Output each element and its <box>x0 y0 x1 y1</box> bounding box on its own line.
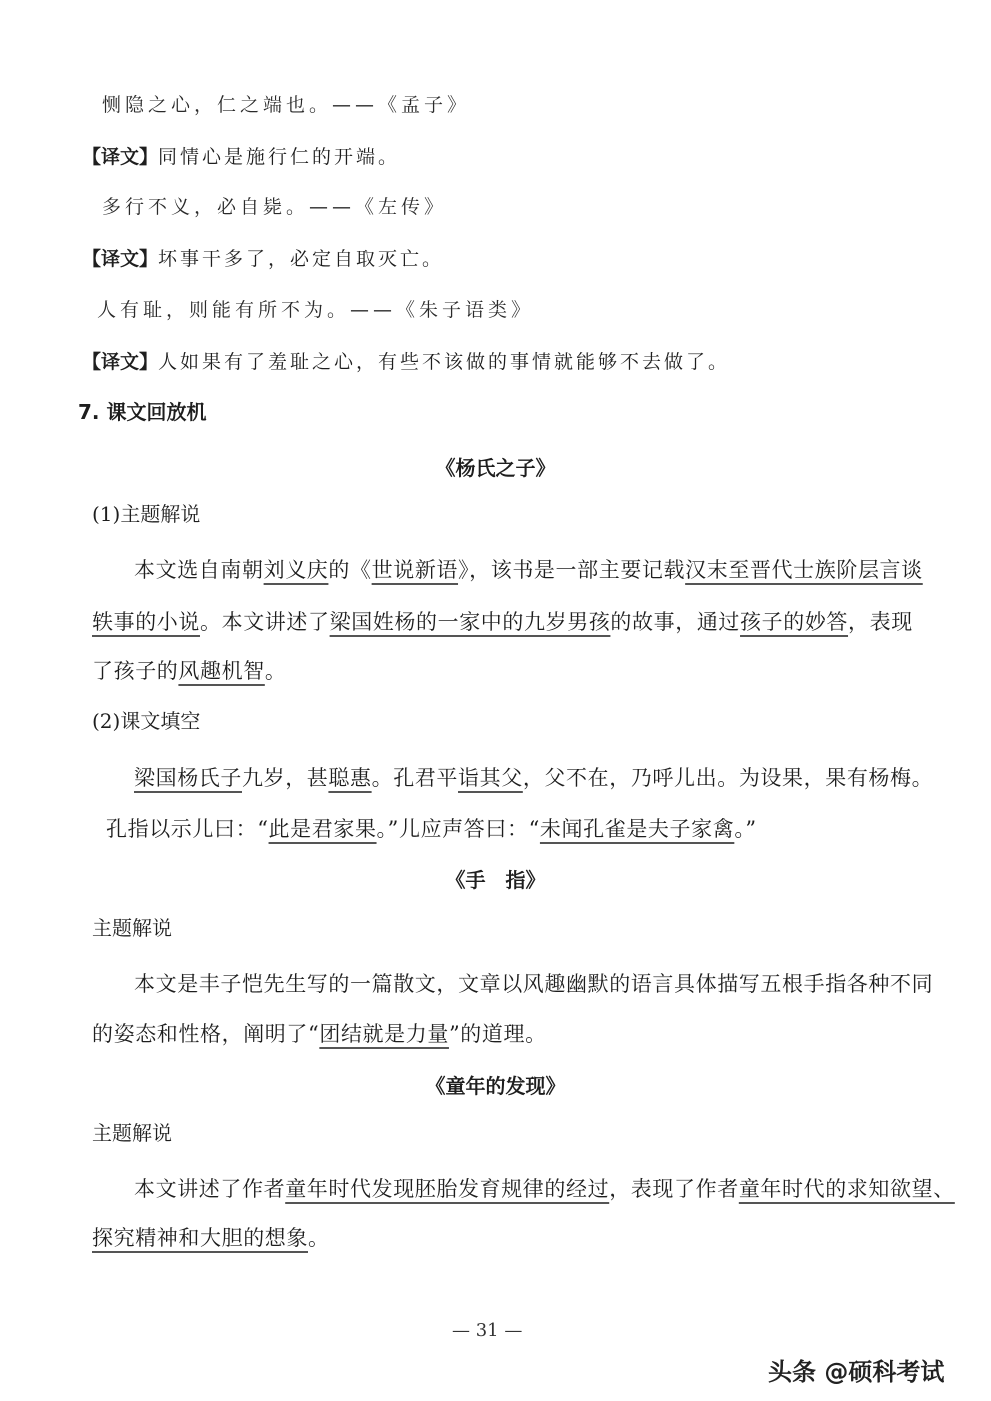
text-segment: 。 <box>265 659 287 683</box>
quote-source: ——《孟子》 <box>332 94 470 116</box>
underlined-answer: 诣其父 <box>458 766 523 790</box>
underlined-answer: 童年时代发现胚胎发育规律的经过 <box>285 1177 609 1201</box>
underlined-answer: 风趣机智 <box>178 659 264 683</box>
translation-text: 同情心是施行仁的开端。 <box>158 146 400 168</box>
page-number: — 31 — <box>452 1320 522 1341</box>
underlined-answer: 童年时代的求知欲望、 <box>739 1177 955 1201</box>
translation-3: 【译文】人如果有了羞耻之心，有些不该做的事情就能够不去做了。 <box>82 347 730 374</box>
underlined-answer: 探究精神和大胆的想象 <box>92 1226 308 1250</box>
translation-label: 【译文】 <box>82 351 158 373</box>
underlined-answer: 汉末至晋代士族阶层言谈 <box>685 558 923 582</box>
translation-text: 坏事干多了，必定自取灭亡。 <box>158 248 444 270</box>
watermark: 头条 @硕科考试 <box>768 1352 944 1387</box>
translation-text: 人如果有了羞耻之心，有些不该做的事情就能够不去做了。 <box>158 351 730 373</box>
underlined-answer: 聪惠 <box>328 766 371 790</box>
lesson-1-part1-heading: (1)主题解说 <box>92 498 200 527</box>
text-segment: 的故事，通过 <box>610 610 740 634</box>
lesson-1-part2-heading: (2)课文填空 <box>92 705 200 734</box>
text-segment: ，表现 <box>848 610 913 634</box>
text-segment: 。孔君平 <box>372 766 458 790</box>
text-segment: 孔指以示儿曰：“ <box>106 817 269 841</box>
lesson-1-part1-line-1: 本文选自南朝刘义庆的《世说新语》，该书是一部主要记载汉末至晋代士族阶层言谈 <box>134 554 923 584</box>
text-segment: 本文讲述了作者 <box>134 1177 285 1201</box>
translation-1: 【译文】同情心是施行仁的开端。 <box>82 142 400 169</box>
text-segment: 》，该书是一部主要记载 <box>458 558 685 582</box>
quote-3: 人有耻，则能有所不为。——《朱子语类》 <box>97 295 534 322</box>
underlined-answer: 梁国姓杨的一家中的九岁男孩 <box>330 610 611 634</box>
translation-label: 【译文】 <box>82 248 158 270</box>
text-segment: 。”儿应声答曰：“ <box>377 817 540 841</box>
quote-2: 多行不义，必自毙。——《左传》 <box>102 192 447 219</box>
lesson-3-heading: 主题解说 <box>92 1117 172 1146</box>
underlined-answer: 孩子的妙答 <box>740 610 848 634</box>
quote-text: 人有耻，则能有所不为。 <box>97 299 350 321</box>
translation-label: 【译文】 <box>82 146 158 168</box>
lesson-title-tongnian: 《童年的发现》 <box>0 1070 991 1099</box>
text-segment: ，父不在，乃呼儿出。为设果，果有杨梅。 <box>523 766 933 790</box>
lesson-1-part2-line-1: 梁国杨氏子九岁，甚聪惠。孔君平诣其父，父不在，乃呼儿出。为设果，果有杨梅。 <box>134 762 933 792</box>
underlined-answer: 轶事的小说 <box>92 610 200 634</box>
text-segment: 九岁，甚 <box>242 766 328 790</box>
underlined-answer: 刘义庆 <box>264 558 329 582</box>
lesson-title-yangshizhizi: 《杨氏之子》 <box>0 452 991 481</box>
lesson-2-line-2: 的姿态和性格，阐明了“团结就是力量”的道理。 <box>92 1018 547 1048</box>
lesson-2-heading: 主题解说 <box>92 912 172 941</box>
text-segment: ，表现了作者 <box>609 1177 739 1201</box>
lesson-1-part1-line-3: 了孩子的风趣机智。 <box>92 655 286 685</box>
lesson-3-line-2: 探究精神和大胆的想象。 <box>92 1222 330 1252</box>
text-segment: ”的道理。 <box>449 1022 547 1046</box>
translation-2: 【译文】坏事干多了，必定自取灭亡。 <box>82 244 444 271</box>
quote-1: 恻隐之心，仁之端也。——《孟子》 <box>102 90 470 117</box>
lesson-1-part2-line-2: 孔指以示儿曰：“此是君家果。”儿应声答曰：“未闻孔雀是夫子家禽。” <box>106 813 757 843</box>
quote-source: ——《朱子语类》 <box>350 299 534 321</box>
text-segment: 了孩子的 <box>92 659 178 683</box>
text-segment: 。 <box>308 1226 330 1250</box>
text-segment: 。本文讲述了 <box>200 610 330 634</box>
lesson-2-line-1: 本文是丰子恺先生写的一篇散文，文章以风趣幽默的语言具体描写五根手指各种不同 <box>134 968 933 998</box>
underlined-answer: 梁国杨氏子 <box>134 766 242 790</box>
quote-text: 多行不义，必自毙。 <box>102 196 309 218</box>
text-segment: 本文选自南朝 <box>134 558 264 582</box>
underlined-answer: 此是君家果 <box>269 817 377 841</box>
underlined-answer: 世说新语 <box>372 558 458 582</box>
lesson-1-part1-line-2: 轶事的小说。本文讲述了梁国姓杨的一家中的九岁男孩的故事，通过孩子的妙答，表现 <box>92 606 913 636</box>
text-segment: 。” <box>734 817 756 841</box>
text-segment: 本文是丰子恺先生写的一篇散文，文章以风趣幽默的语言具体描写五根手指各种不同 <box>134 972 933 996</box>
underlined-answer: 未闻孔雀是夫子家禽 <box>540 817 734 841</box>
quote-source: ——《左传》 <box>309 196 447 218</box>
text-segment: 的姿态和性格，阐明了“ <box>92 1022 319 1046</box>
underlined-answer: 团结就是力量 <box>319 1022 449 1046</box>
text-segment: 的《 <box>328 558 371 582</box>
lesson-title-shouzhi: 《手 指》 <box>0 864 991 893</box>
lesson-3-line-1: 本文讲述了作者童年时代发现胚胎发育规律的经过，表现了作者童年时代的求知欲望、 <box>134 1173 955 1203</box>
quote-text: 恻隐之心，仁之端也。 <box>102 94 332 116</box>
section-title: 7. 课文回放机 <box>78 396 206 425</box>
